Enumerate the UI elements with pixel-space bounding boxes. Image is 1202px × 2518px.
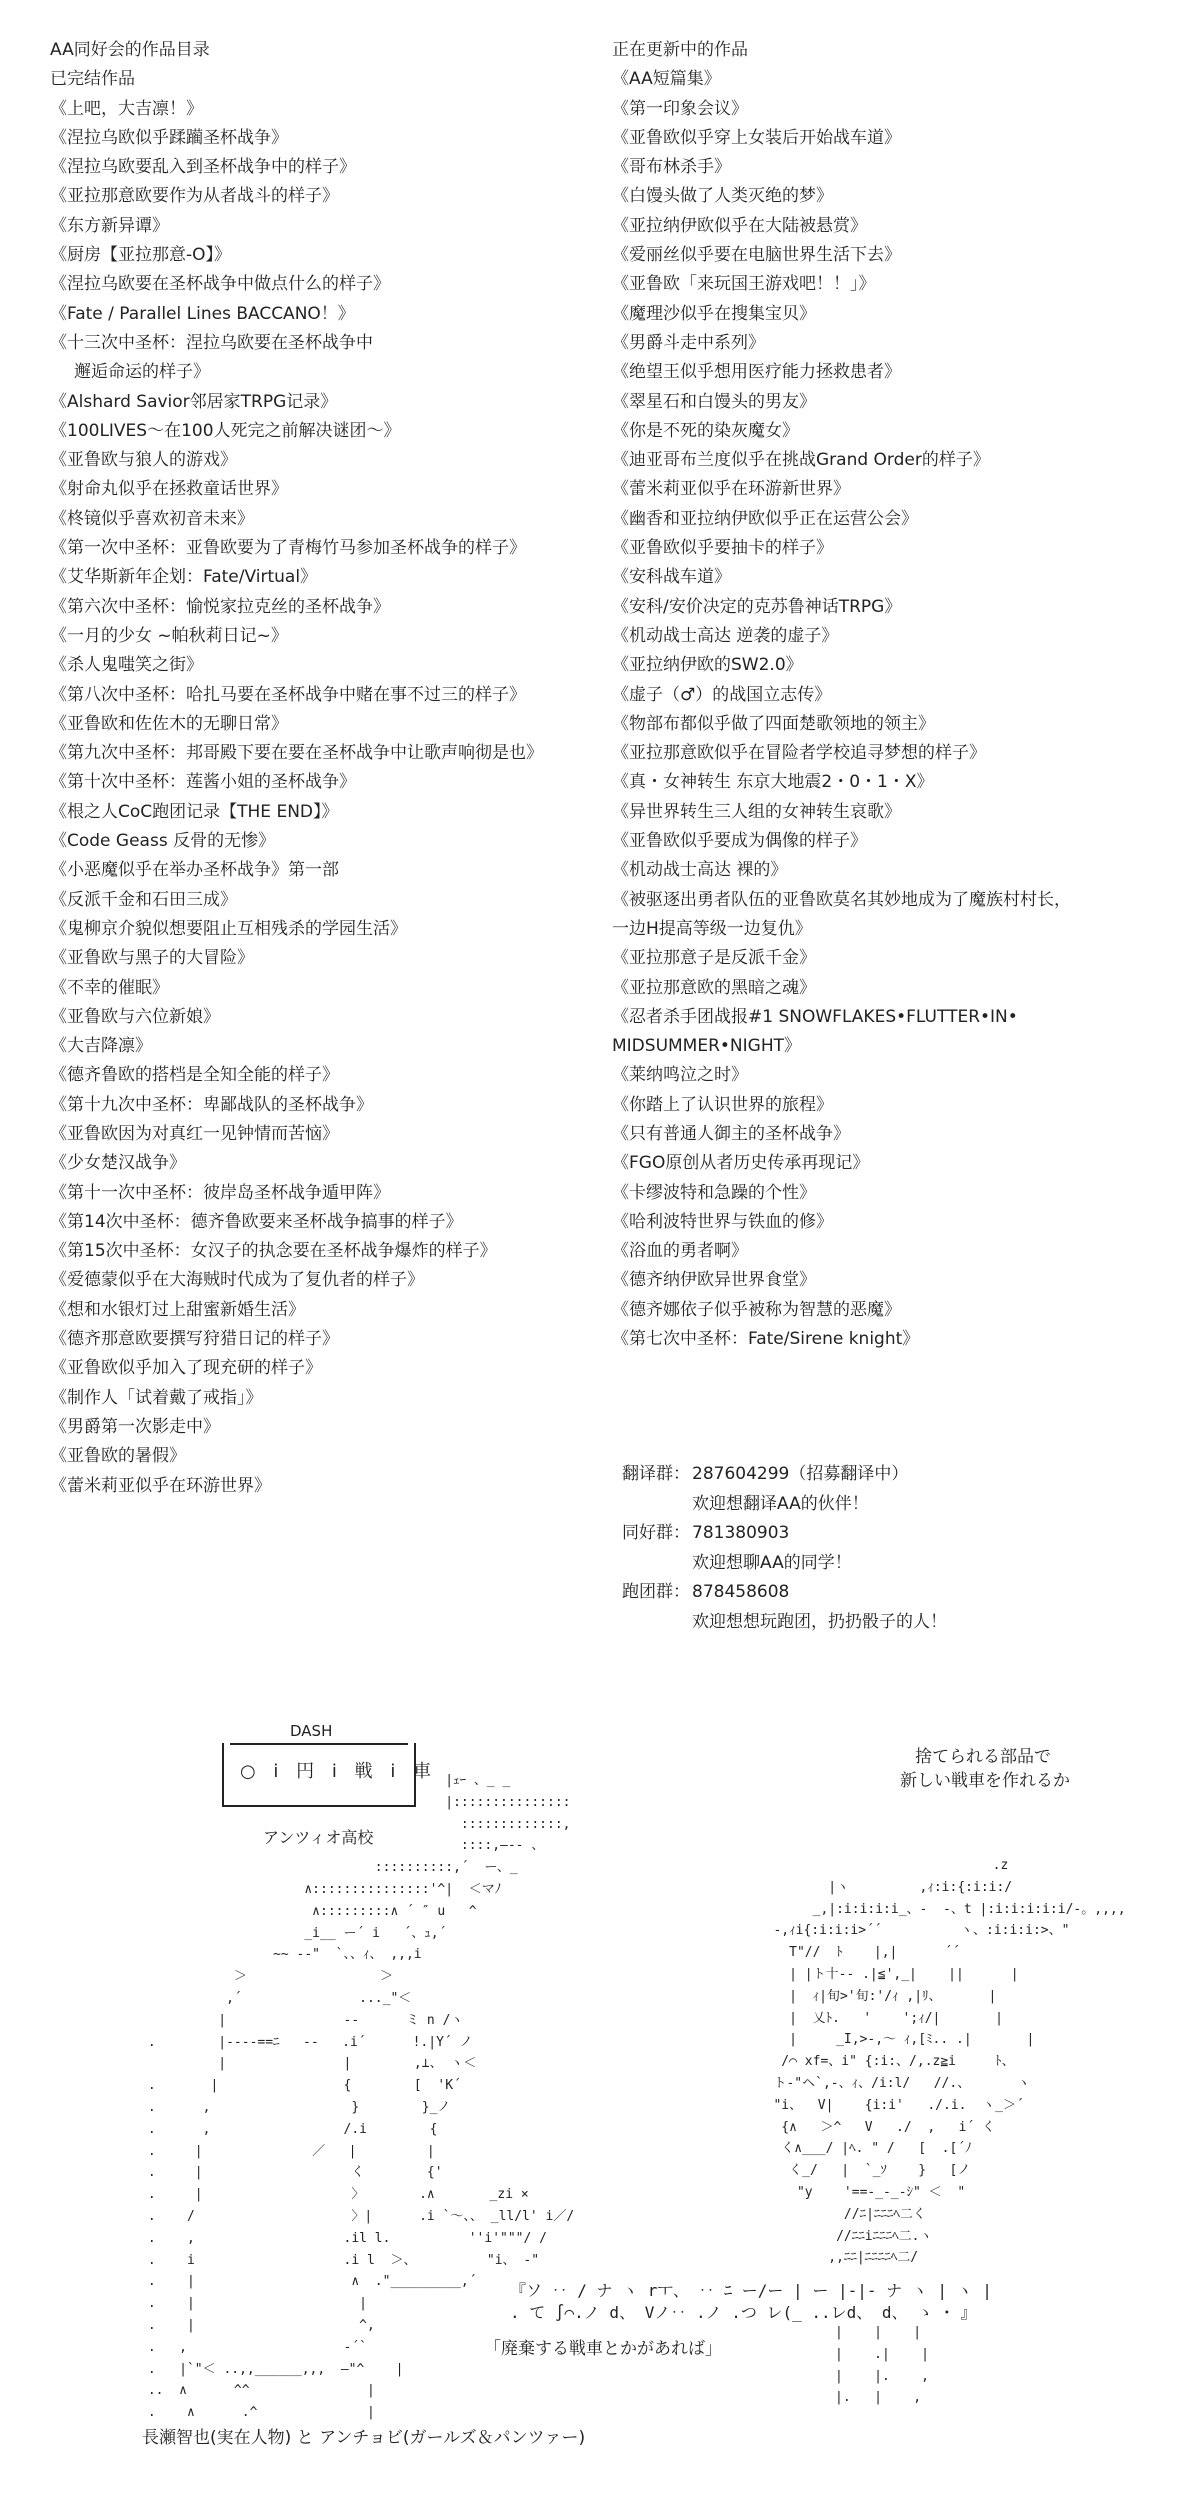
work-title-item: 《第15次中圣杯：女汉子的执念要在圣杯战争爆炸的样子》 bbox=[50, 1237, 610, 1266]
group-number: 287604299（招募翻译中） bbox=[692, 1460, 908, 1490]
work-title-item: 《男爵第一次影走中》 bbox=[50, 1413, 610, 1442]
work-title-item: 《杀人鬼嗤笑之街》 bbox=[50, 651, 610, 680]
work-title-item: 《亚鲁欧与六位新娘》 bbox=[50, 1003, 610, 1032]
work-title-item: 一边H提高等级一边复仇》 bbox=[612, 915, 1182, 944]
work-title-item: 《不幸的催眠》 bbox=[50, 974, 610, 1003]
shout-line-2: . て ∫⌒.ノ d、 Vノ‥ .ノ .つ レ(_ ..レd、 d、 ゝ ･ 』 bbox=[510, 2300, 976, 2323]
work-title-item: 《蕾米莉亚似乎在环游世界》 bbox=[50, 1472, 610, 1501]
work-title-item: 《被驱逐出勇者队伍的亚鲁欧莫名其妙地成为了魔族村村长， bbox=[612, 886, 1182, 915]
work-title-item: 《100LIVES～在100人死完之前解决谜团～》 bbox=[50, 417, 610, 446]
work-title-item: 《上吧，大吉凛！》 bbox=[50, 95, 610, 124]
work-title-item: 《哥布林杀手》 bbox=[612, 153, 1182, 182]
work-title-item: 《涅拉乌欧要在圣杯战争中做点什么的样子》 bbox=[50, 270, 610, 299]
work-title-item: 《一月的少女 ~帕秋莉日记~》 bbox=[50, 622, 610, 651]
work-title-item: 《虚子（♂）的战国立志传》 bbox=[612, 681, 1182, 710]
work-title-item: 《亚鲁欧的暑假》 bbox=[50, 1442, 610, 1471]
work-title-item: 《机动战士高达 裸的》 bbox=[612, 856, 1182, 885]
work-title-item: 《第六次中圣杯：愉悦家拉克丝的圣杯战争》 bbox=[50, 593, 610, 622]
work-title-item: 《亚拉那意欧要作为从者战斗的样子》 bbox=[50, 182, 610, 211]
ascii-art-legs: | | | | .| | | |. , |. | , bbox=[835, 2322, 929, 2409]
work-title-item: 《机动战士高达 逆袭的虚子》 bbox=[612, 622, 1182, 651]
work-title-item: 《第八次中圣杯：哈扎马要在圣杯战争中赌在事不过三的样子》 bbox=[50, 681, 610, 710]
work-title-item: 《涅拉乌欧似乎蹂躏圣杯战争》 bbox=[50, 124, 610, 153]
completed-list: 《上吧，大吉凛！》《涅拉乌欧似乎蹂躏圣杯战争》《涅拉乌欧要乱入到圣杯战争中的样子… bbox=[50, 95, 610, 1501]
work-title-item: 《射命丸似乎在拯救童话世界》 bbox=[50, 475, 610, 504]
work-title-item: 《亚鲁欧似乎要成为偶像的样子》 bbox=[612, 827, 1182, 856]
work-title-item: 《第七次中圣杯：Fate/Sirene knight》 bbox=[612, 1325, 1182, 1354]
work-title-item: 《第一印象会议》 bbox=[612, 95, 1182, 124]
work-title-item: 《物部布都似乎做了四面楚歌领地的领主》 bbox=[612, 710, 1182, 739]
work-title-item: 《大吉降凛》 bbox=[50, 1032, 610, 1061]
work-title-item: 《第十次中圣杯：莲酱小姐的圣杯战争》 bbox=[50, 768, 610, 797]
work-title-item: 《亚鲁欧因为对真红一见钟情而苦恼》 bbox=[50, 1120, 610, 1149]
work-title-item: 《小恶魔似乎在举办圣杯战争》第一部 bbox=[50, 856, 610, 885]
work-title-item: 《亚鲁欧似乎要抽卡的样子》 bbox=[612, 534, 1182, 563]
group-translation: 翻译群： 287604299（招募翻译中） bbox=[622, 1460, 947, 1490]
work-title-item: 《浴血的勇者啊》 bbox=[612, 1237, 1182, 1266]
work-title-item: 《第14次中圣杯：德齐鲁欧要来圣杯战争搞事的样子》 bbox=[50, 1208, 610, 1237]
work-title-item: 《你踏上了认识世界的旅程》 bbox=[612, 1091, 1182, 1120]
work-title-item: 《德齐娜依子似乎被称为智慧的恶魔》 bbox=[612, 1296, 1182, 1325]
work-title-item: MIDSUMMER•NIGHT》 bbox=[612, 1032, 1182, 1061]
shout-line-1: 『ソ ‥ / ナ ヽ rㅜ、 ‥ ﾆ ー/ー | ー |-|- ナ ヽ | ヽ … bbox=[510, 2278, 992, 2301]
work-title-item: 《男爵斗走中系列》 bbox=[612, 329, 1182, 358]
work-title-item: 《厨房【亚拉那意-O】》 bbox=[50, 241, 610, 270]
work-title-item: 《亚鲁欧似乎穿上女装后开始战车道》 bbox=[612, 124, 1182, 153]
credit-line: 長瀬智也(実在人物) と アンチョビ(ガールズ＆パンツァー) bbox=[142, 2423, 585, 2448]
caption-line-2: 新しい戦車を作れるか bbox=[900, 1766, 1070, 1791]
group-note: 欢迎想想玩跑团，扔扔骰子的人！ bbox=[622, 1608, 947, 1638]
work-title-item: 《忍者杀手团战报#1 SNOWFLAKES•FLUTTER•IN• bbox=[612, 1003, 1182, 1032]
work-title-item: 《白馒头做了人类灭绝的梦》 bbox=[612, 182, 1182, 211]
work-title-item: 《第十一次中圣杯：彼岸岛圣杯战争遁甲阵》 bbox=[50, 1179, 610, 1208]
work-title-item: 《亚拉那意欧的黑暗之魂》 bbox=[612, 974, 1182, 1003]
work-title-item: 《亚鲁欧「来玩国王游戏吧！！」》 bbox=[612, 270, 1182, 299]
group-fans: 同好群： 781380903 bbox=[622, 1519, 947, 1549]
work-title-item: 《安科战车道》 bbox=[612, 563, 1182, 592]
work-title-item: 《根之人CoC跑团记录【THE END】》 bbox=[50, 798, 610, 827]
work-title-item: 《Alshard Savior邻居家TRPG记录》 bbox=[50, 388, 610, 417]
group-trpg: 跑团群： 878458608 bbox=[622, 1578, 947, 1608]
work-title-item: 《Code Geass 反骨的无惨》 bbox=[50, 827, 610, 856]
work-title-item: 《异世界转生三人组的女神转生哀歌》 bbox=[612, 798, 1182, 827]
ascii-art-right-figure: .z |ヽ ,ｨ:i:{:i:i:/ _,|:i:i:i:i_、- -、t |:… bbox=[750, 1855, 1126, 2269]
work-title-item: 《十三次中圣杯：涅拉乌欧要在圣杯战争中 bbox=[50, 329, 610, 358]
group-label: 同好群： bbox=[622, 1519, 692, 1549]
ongoing-works-column: 正在更新中的作品 《AA短篇集》《第一印象会议》《亚鲁欧似乎穿上女装后开始战车道… bbox=[612, 36, 1182, 1354]
group-label: 翻译群： bbox=[622, 1460, 692, 1490]
group-label: 跑团群： bbox=[622, 1578, 692, 1608]
work-title-item: 《东方新异谭》 bbox=[50, 212, 610, 241]
work-title-item: 《亚拉那意子是反派千金》 bbox=[612, 944, 1182, 973]
work-title-item: 《亚鲁欧与狼人的游戏》 bbox=[50, 446, 610, 475]
work-title-item: 《Fate / Parallel Lines BACCANO！》 bbox=[50, 300, 610, 329]
group-note: 欢迎想翻译AA的伙伴！ bbox=[622, 1490, 947, 1520]
work-title-item: 《德齐纳伊欧异世界食堂》 bbox=[612, 1266, 1182, 1295]
catalog-title: AA同好会的作品目录 bbox=[50, 36, 610, 65]
work-title-item: 《爱丽丝似乎要在电脑世界生活下去》 bbox=[612, 241, 1182, 270]
work-title-item: 《只有普通人御主的圣杯战争》 bbox=[612, 1120, 1182, 1149]
work-title-item: 《蕾米莉亚似乎在环游新世界》 bbox=[612, 475, 1182, 504]
work-title-item: 《德齐那意欧要撰写狩猎日记的样子》 bbox=[50, 1325, 610, 1354]
group-number: 781380903 bbox=[692, 1519, 789, 1549]
work-title-item: 《你是不死的染灰魔女》 bbox=[612, 417, 1182, 446]
work-title-item: 《涅拉乌欧要乱入到圣杯战争中的样子》 bbox=[50, 153, 610, 182]
work-title-item: 《亚拉纳伊欧的SW2.0》 bbox=[612, 651, 1182, 680]
group-note: 欢迎想聊AA的同学！ bbox=[622, 1549, 947, 1579]
group-number: 878458608 bbox=[692, 1578, 789, 1608]
work-title-item: 《想和水银灯过上甜蜜新婚生活》 bbox=[50, 1296, 610, 1325]
work-title-item: 《FGO原创从者历史传承再现记》 bbox=[612, 1149, 1182, 1178]
work-title-item: 《爱德蒙似乎在大海贼时代成为了复仇者的样子》 bbox=[50, 1266, 610, 1295]
work-title-item: 《德齐鲁欧的搭档是全知全能的样子》 bbox=[50, 1061, 610, 1090]
work-title-item: 《翠星石和白馒头的男友》 bbox=[612, 388, 1182, 417]
work-title-item: 《卡缪波特和急躁的个性》 bbox=[612, 1179, 1182, 1208]
work-title-item: 《魔理沙似乎在搜集宝贝》 bbox=[612, 300, 1182, 329]
work-title-item: 《少女楚汉战争》 bbox=[50, 1149, 610, 1178]
work-title-item: 《制作人「试着戴了戒指」》 bbox=[50, 1384, 610, 1413]
work-title-item: 《鬼柳京介貌似想要阻止互相残杀的学园生活》 bbox=[50, 915, 610, 944]
work-title-item: 《第一次中圣杯：亚鲁欧要为了青梅竹马参加圣杯战争的样子》 bbox=[50, 534, 610, 563]
ongoing-list: 《AA短篇集》《第一印象会议》《亚鲁欧似乎穿上女装后开始战车道》《哥布林杀手》《… bbox=[612, 65, 1182, 1354]
work-title-item: 《哈利波特世界与铁血的修》 bbox=[612, 1208, 1182, 1237]
work-title-item: 《第十九次中圣杯：卑鄙战队的圣杯战争》 bbox=[50, 1091, 610, 1120]
work-title-item: 《亚鲁欧与黑子的大冒险》 bbox=[50, 944, 610, 973]
work-title-item: 《柊镜似乎喜欢初音未来》 bbox=[50, 505, 610, 534]
work-title-item: 《亚拉那意欧似乎在冒险者学校追寻梦想的样子》 bbox=[612, 739, 1182, 768]
work-title-item: 《AA短篇集》 bbox=[612, 65, 1182, 94]
completed-works-column: AA同好会的作品目录 已完结作品 《上吧，大吉凛！》《涅拉乌欧似乎蹂躏圣杯战争》… bbox=[50, 36, 610, 1501]
ascii-art-left-figure: |ｪｰ 、_ _ |::::::::::::::: :::::::::::::,… bbox=[140, 1770, 574, 2424]
work-title-item: 《真・女神转生 东京大地震2・0・1・X》 bbox=[612, 768, 1182, 797]
work-title-item: 《亚鲁欧和佐佐木的无聊日常》 bbox=[50, 710, 610, 739]
work-title-item: 《莱纳鸣泣之时》 bbox=[612, 1061, 1182, 1090]
work-title-item: 《艾华斯新年企划：Fate/Virtual》 bbox=[50, 563, 610, 592]
work-title-item: 《亚拉纳伊欧似乎在大陆被悬赏》 bbox=[612, 212, 1182, 241]
work-title-item: 《亚鲁欧似乎加入了现充研的样子》 bbox=[50, 1354, 610, 1383]
work-title-item: 邂逅命运的样子》 bbox=[50, 358, 610, 387]
work-title-item: 《反派千金和石田三成》 bbox=[50, 886, 610, 915]
dash-label: DASH bbox=[290, 1722, 332, 1740]
completed-heading: 已完结作品 bbox=[50, 65, 610, 94]
work-title-item: 《幽香和亚拉纳伊欧似乎正在运营公会》 bbox=[612, 505, 1182, 534]
ongoing-heading: 正在更新中的作品 bbox=[612, 36, 1182, 65]
work-title-item: 《绝望王似乎想用医疗能力拯救患者》 bbox=[612, 358, 1182, 387]
work-title-item: 《第九次中圣杯：邦哥殿下要在要在圣杯战争中让歌声响彻是也》 bbox=[50, 739, 610, 768]
work-title-item: 《安科/安价决定的克苏鲁神话TRPG》 bbox=[612, 593, 1182, 622]
group-contacts: 翻译群： 287604299（招募翻译中） 欢迎想翻译AA的伙伴！ 同好群： 7… bbox=[622, 1460, 947, 1637]
work-title-item: 《迪亚哥布兰度似乎在挑战Grand Order的样子》 bbox=[612, 446, 1182, 475]
caption-line-1: 捨てられる部品で bbox=[915, 1742, 1051, 1767]
speech-line: 「廃棄する戦車とかがあれば」 bbox=[484, 2334, 722, 2359]
